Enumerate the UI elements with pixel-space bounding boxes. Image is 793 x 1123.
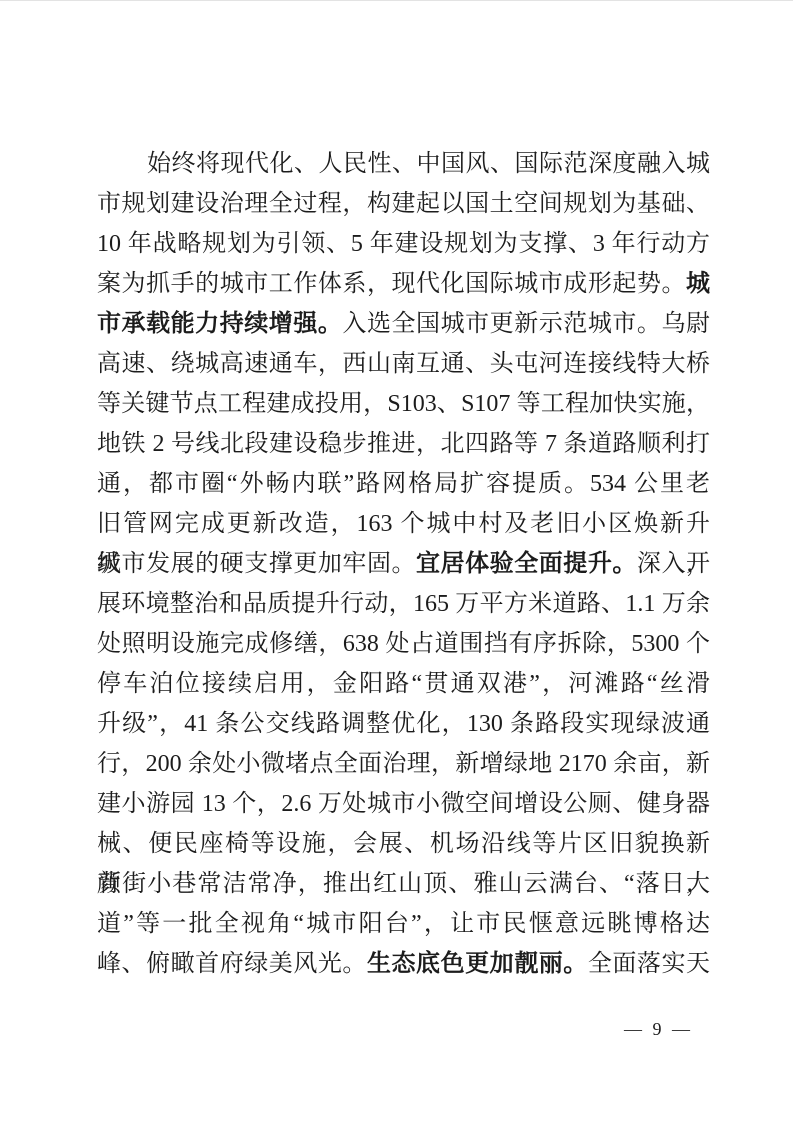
- text-line: 地铁 2 号线北段建设稳步推进，北四路等 7 条道路顺利打: [97, 424, 710, 464]
- text-line: 械、便民座椅等设施，会展、机场沿线等片区旧貌换新颜，: [97, 824, 710, 864]
- text-run: 背街小巷常洁常净，推出红山顶、雅山云满台、“落日大: [97, 871, 710, 897]
- text-run: 始终将现代化、人民性、中国风、国际范深度融入城: [147, 151, 710, 177]
- bold-heading-run: 生态底色更加靓丽。: [367, 951, 588, 977]
- text-run: 道”等一批全视角“城市阳台”，让市民惬意远眺博格达: [97, 911, 710, 937]
- text-run: 深入开: [637, 551, 710, 577]
- text-line: 案为抓手的城市工作体系，现代化国际城市成形起势。城: [97, 264, 710, 304]
- text-run: 地铁 2 号线北段建设稳步推进，北四路等 7 条道路顺利打: [97, 431, 710, 457]
- text-line: 处照明设施完成修缮，638 处占道围挡有序拆除，5300 个: [97, 624, 710, 664]
- text-run: 升级”，41 条公交线路调整优化，130 条路段实现绿波通: [97, 711, 710, 737]
- text-line: 等关键节点工程建成投用，S103、S107 等工程加快实施，: [97, 384, 710, 424]
- text-line: 市承载能力持续增强。入选全国城市更新示范城市。乌尉: [97, 304, 710, 344]
- text-run: 高速、绕城高速通车，西山南互通、头屯河连接线特大桥: [97, 351, 710, 377]
- text-line: 旧管网完成更新改造，163 个城中村及老旧小区焕新升级，: [97, 504, 710, 544]
- text-line: 峰、俯瞰首府绿美风光。生态底色更加靓丽。全面落实天: [97, 944, 710, 984]
- bold-heading-run: 宜居体验全面提升。: [416, 551, 637, 577]
- text-run: 行，200 余处小微堵点全面治理，新增绿地 2170 余亩，新: [97, 751, 710, 777]
- text-run: 建小游园 13 个，2.6 万处城市小微空间增设公厕、健身器: [97, 791, 710, 817]
- text-line: 10 年战略规划为引领、5 年建设规划为支撑、3 年行动方: [97, 224, 710, 264]
- text-line: 城市发展的硬支撑更加牢固。宜居体验全面提升。深入开: [97, 544, 710, 584]
- text-run: 处照明设施完成修缮，638 处占道围挡有序拆除，5300 个: [97, 631, 710, 657]
- text-line: 建小游园 13 个，2.6 万处城市小微空间增设公厕、健身器: [97, 784, 710, 824]
- text-run: 城市发展的硬支撑更加牢固。: [97, 551, 416, 577]
- document-page: 始终将现代化、人民性、中国风、国际范深度融入城市规划建设治理全过程，构建起以国土…: [0, 0, 793, 1123]
- bold-heading-run: 市承载能力持续增强。: [97, 311, 342, 337]
- text-run: 全面落实天: [588, 951, 710, 977]
- text-run: 停车泊位接续启用，金阳路“贯通双港”，河滩路“丝滑: [97, 671, 710, 697]
- text-line: 背街小巷常洁常净，推出红山顶、雅山云满台、“落日大: [97, 864, 710, 904]
- text-line: 展环境整治和品质提升行动，165 万平方米道路、1.1 万余: [97, 584, 710, 624]
- document-body: 始终将现代化、人民性、中国风、国际范深度融入城市规划建设治理全过程，构建起以国土…: [97, 144, 710, 984]
- text-run: 10 年战略规划为引领、5 年建设规划为支撑、3 年行动方: [97, 231, 710, 257]
- text-line: 升级”，41 条公交线路调整优化，130 条路段实现绿波通: [97, 704, 710, 744]
- text-line: 始终将现代化、人民性、中国风、国际范深度融入城: [97, 144, 710, 184]
- bold-heading-run: 城: [686, 271, 710, 297]
- text-line: 高速、绕城高速通车，西山南互通、头屯河连接线特大桥: [97, 344, 710, 384]
- text-line: 通，都市圈“外畅内联”路网格局扩容提质。534 公里老: [97, 464, 710, 504]
- text-run: 案为抓手的城市工作体系，现代化国际城市成形起势。: [97, 271, 686, 297]
- text-run: 入选全国城市更新示范城市。乌尉: [342, 311, 710, 337]
- text-line: 行，200 余处小微堵点全面治理，新增绿地 2170 余亩，新: [97, 744, 710, 784]
- text-run: 通，都市圈“外畅内联”路网格局扩容提质。534 公里老: [97, 471, 710, 497]
- text-line: 道”等一批全视角“城市阳台”，让市民惬意远眺博格达: [97, 904, 710, 944]
- text-run: 峰、俯瞰首府绿美风光。: [97, 951, 367, 977]
- page-number: — 9 —: [624, 1015, 693, 1043]
- text-line: 市规划建设治理全过程，构建起以国土空间规划为基础、: [97, 184, 710, 224]
- text-run: 等关键节点工程建成投用，S103、S107 等工程加快实施，: [97, 391, 710, 417]
- text-run: 展环境整治和品质提升行动，165 万平方米道路、1.1 万余: [97, 591, 710, 617]
- text-line: 停车泊位接续启用，金阳路“贯通双港”，河滩路“丝滑: [97, 664, 710, 704]
- text-run: 市规划建设治理全过程，构建起以国土空间规划为基础、: [97, 191, 710, 217]
